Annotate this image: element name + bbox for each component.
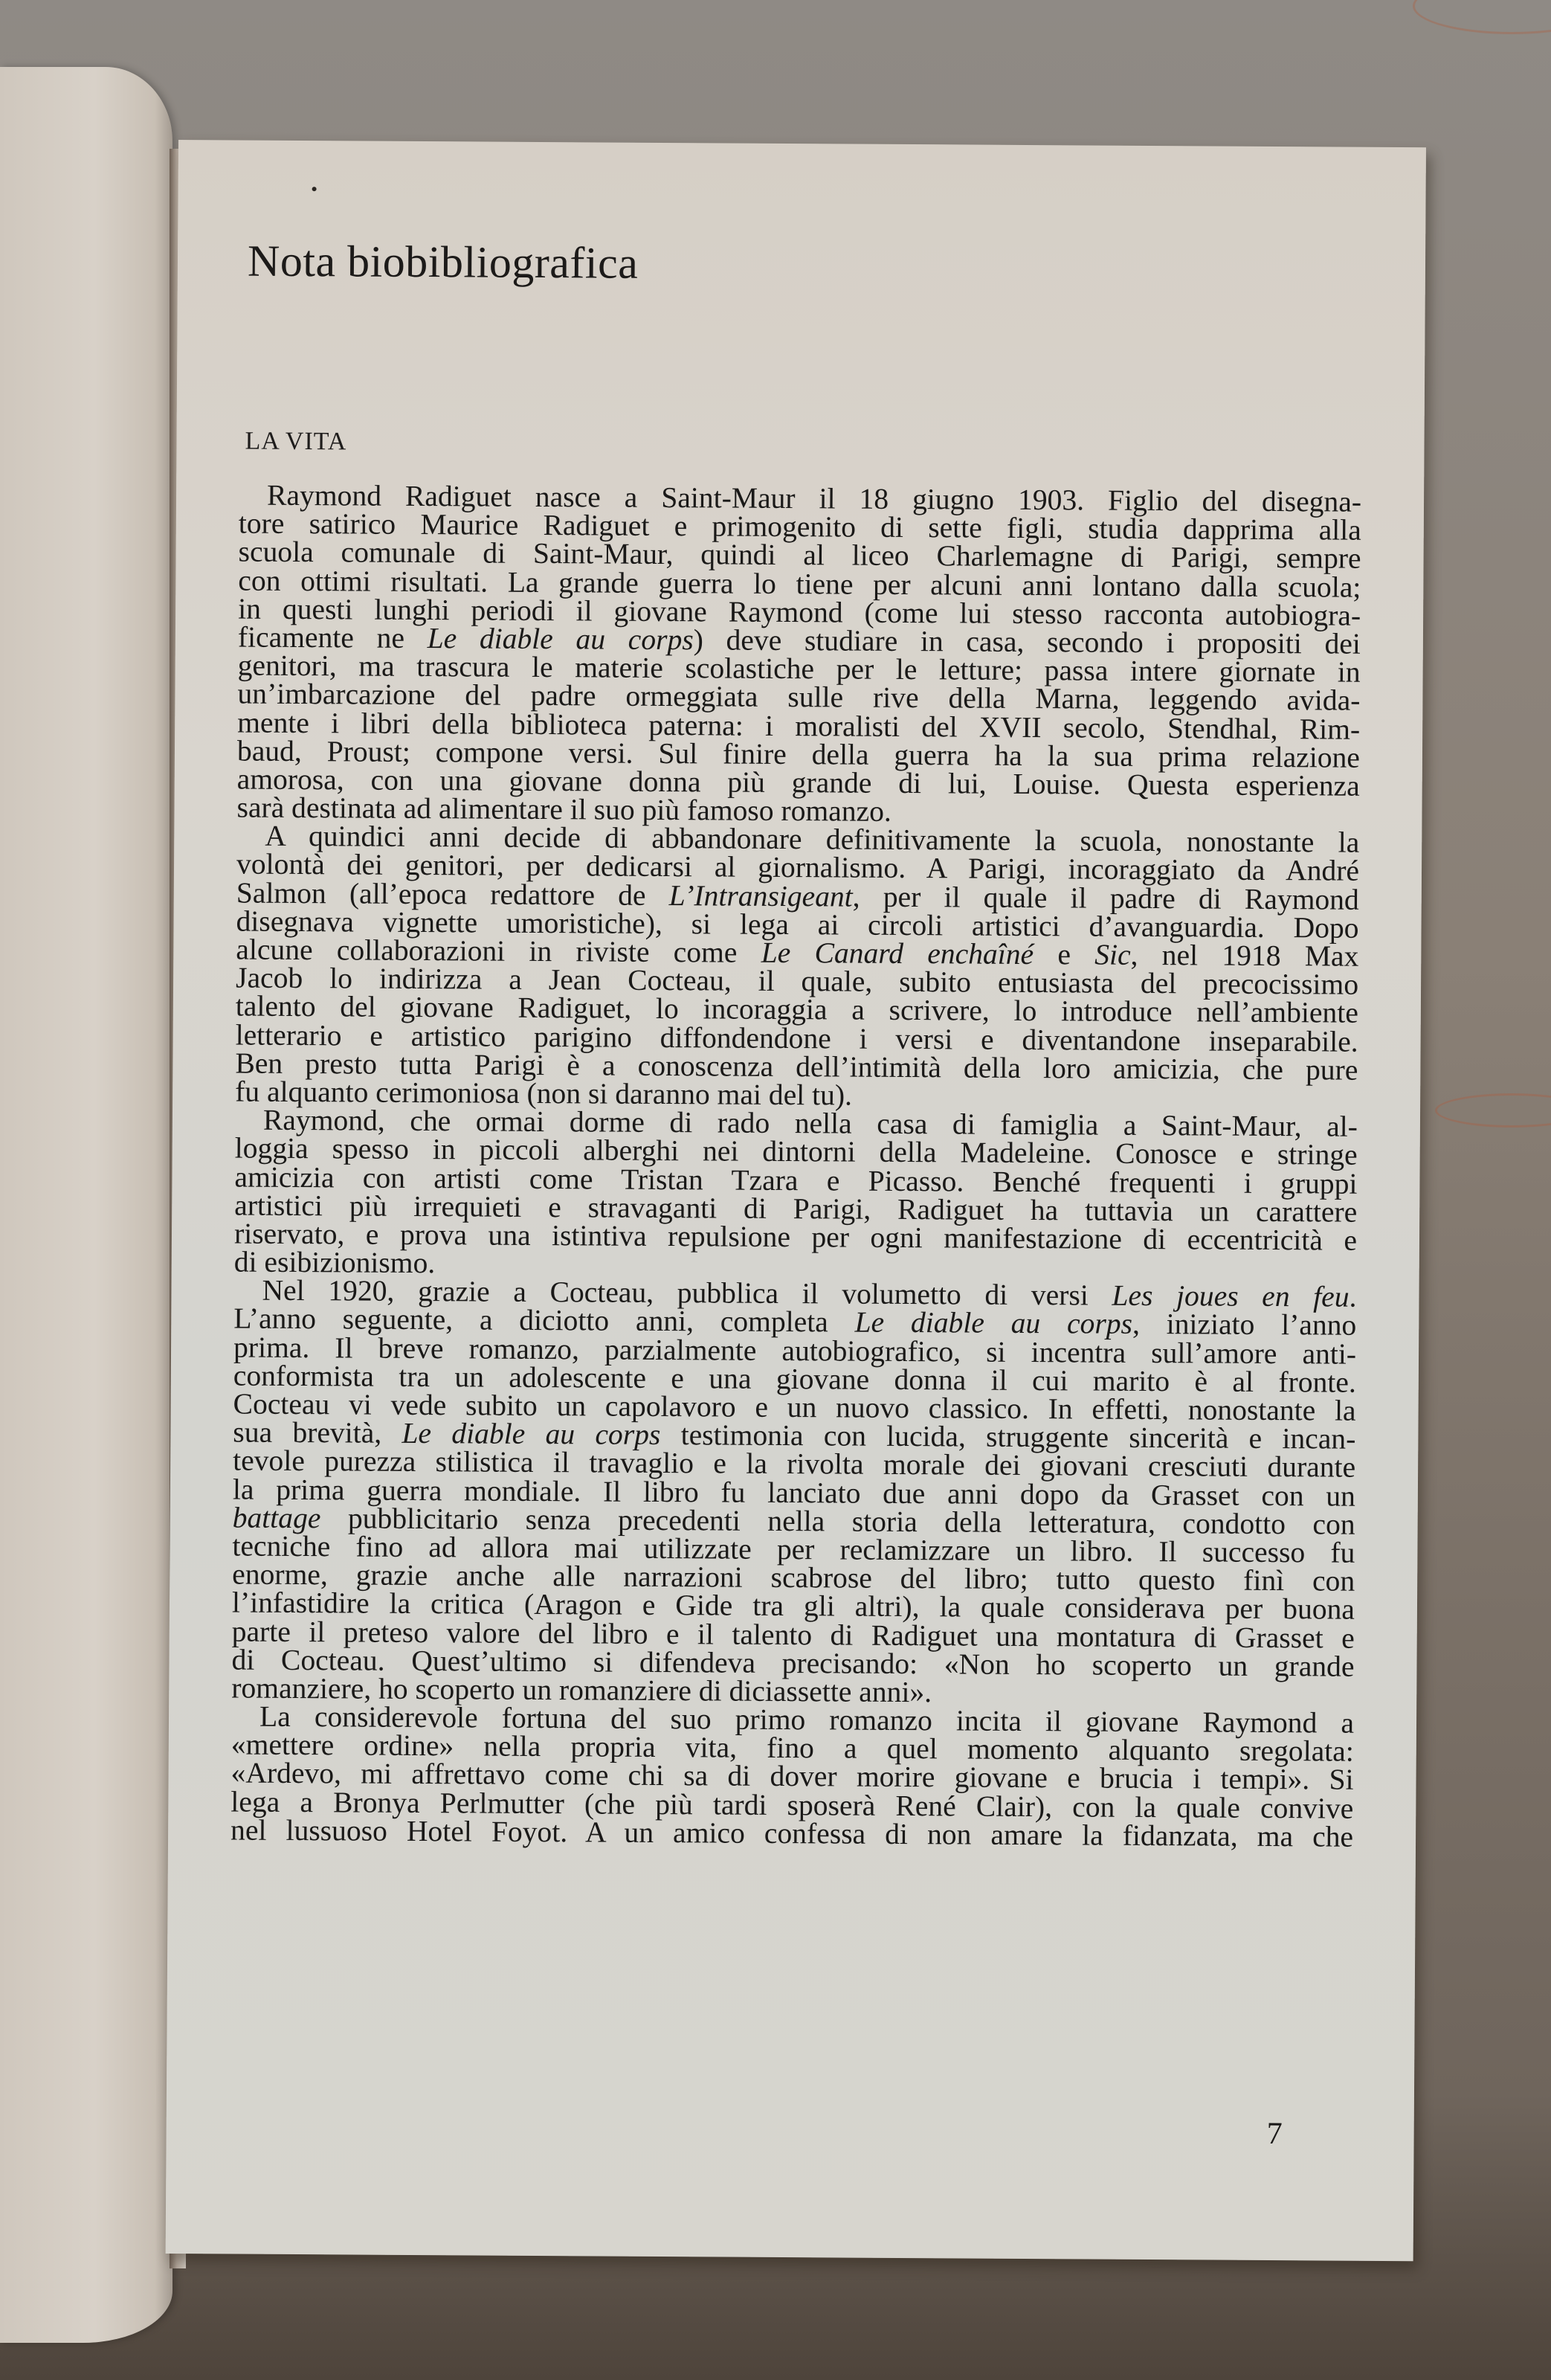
left-page-curl	[0, 67, 172, 2343]
page-number: 7	[1267, 2116, 1283, 2152]
background-stain	[1413, 0, 1551, 34]
ink-speck	[312, 187, 317, 191]
book-page: Nota biobibliografica LA VITA Raymond Ra…	[166, 140, 1426, 2261]
body-text: Raymond Radiguet nasce a Saint-Maur il 1…	[230, 481, 1361, 1851]
section-heading: LA VITA	[245, 428, 346, 457]
background-stain	[1435, 1093, 1551, 1128]
page-title: Nota biobibliografica	[248, 236, 639, 289]
text-line: nel lussuoso Hotel Foyot. A un amico con…	[230, 1815, 1353, 1850]
